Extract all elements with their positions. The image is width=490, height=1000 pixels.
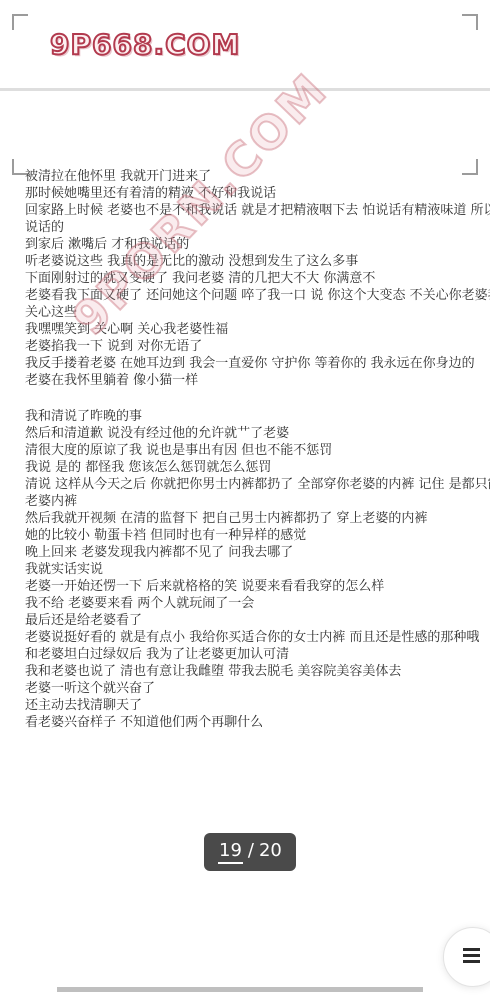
story-line: 我和老婆也说了 清也有意让我雌堕 带我去脱毛 美容院美容美体去 <box>25 663 477 680</box>
story-line: 她的比较小 勒蛋卡裆 但同时也有一种异样的感觉 <box>25 527 477 544</box>
story-line: 然后和清道歉 说没有经过他的允许就艹了老婆 <box>25 425 477 442</box>
story-line: 下面刚射过的就又变硬了 我问老婆 清的几把大不大 你满意不 <box>25 270 477 287</box>
story-line: 到家后 漱嘴后 才和我说话的 <box>25 236 477 253</box>
menu-fab-button[interactable] <box>443 927 490 987</box>
story-line: 和老婆坦白过绿奴后 我为了让老婆更加认可清 <box>25 646 477 663</box>
story-line: 我反手搂着老婆 在她耳边到 我会一直爱你 守护你 等着你的 我永远在你身边的 <box>25 355 477 372</box>
page-separator: / <box>248 840 254 861</box>
story-line: 清很大度的原谅了我 说也是事出有因 但也不能不惩罚 <box>25 442 477 459</box>
page-indicator[interactable]: 19 / 20 <box>204 833 296 871</box>
story-line: 老婆一听这个就兴奋了 <box>25 680 477 697</box>
story-line: 清说 这样从今天之后 你就把你男士内裤都扔了 全部穿你老婆的内裤 记住 是都只能… <box>25 476 477 493</box>
story-line: 最后还是给老婆看了 <box>25 612 477 629</box>
header-divider <box>0 88 490 91</box>
story-line: 我说 是的 都怪我 您该怎么惩罚就怎么惩罚 <box>25 459 477 476</box>
story-line: 老婆说挺好看的 就是有点小 我给你买适合你的女士内裤 而且还是性感的那种哦 <box>25 629 477 646</box>
story-line: 被清拉在他怀里 我就开门进来了 <box>25 168 477 185</box>
story-block: 我和清说了昨晚的事 然后和清道歉 说没有经过他的允许就艹了老婆 清很大度的原谅了… <box>25 408 477 731</box>
page-bottom-edge <box>57 987 423 992</box>
story-line: 看老婆兴奋样子 不知道他们两个再聊什么 <box>25 714 477 731</box>
story-line: 老婆看我下面又硬了 还问她这个问题 啐了我一口 说 你这个大变态 不关心你老婆我… <box>25 287 477 304</box>
story-line: 听老婆说这些 我真的是无比的激动 没想到发生了这么多事 <box>25 253 477 270</box>
story-block: 被清拉在他怀里 我就开门进来了 那时候她嘴里还有着清的精液 不好和我说话 回家路… <box>25 168 477 389</box>
story-line: 老婆掐我一下 说到 对你无语了 <box>25 338 477 355</box>
corner-mark-top-right-icon <box>462 14 478 30</box>
page-total: 20 <box>259 840 282 861</box>
story-line: 回家路上时候 老婆也不是不和我说话 就是才把精液咽下去 怕说话有精液味道 所以才… <box>25 202 477 219</box>
site-logo: 9P668.COM <box>50 28 240 61</box>
story-line: 关心这些 <box>25 304 477 321</box>
hamburger-menu-icon <box>463 948 480 966</box>
story-line: 我嘿嘿笑到 关心啊 关心我老婆性福 <box>25 321 477 338</box>
story-line: 老婆一开始还愣一下 后来就格格的笑 说要来看看我穿的怎么样 <box>25 578 477 595</box>
page-current: 19 <box>218 840 243 864</box>
story-line: 那时候她嘴里还有着清的精液 不好和我说话 <box>25 185 477 202</box>
reader-screen: 9P668.COM 9PORN.COM 被清拉在他怀里 我就开门进来了 那时候她… <box>0 0 490 1000</box>
story-line: 老婆内裤 <box>25 493 477 510</box>
story-line: 我就实话实说 <box>25 561 477 578</box>
story-line: 说话的 <box>25 219 477 236</box>
story-text: 被清拉在他怀里 我就开门进来了 那时候她嘴里还有着清的精液 不好和我说话 回家路… <box>25 168 477 731</box>
story-line: 我不给 老婆要来看 两个人就玩闹了一会 <box>25 595 477 612</box>
story-line: 老婆在我怀里躺着 像小猫一样 <box>25 372 477 389</box>
story-line: 还主动去找清聊天了 <box>25 697 477 714</box>
story-line: 然后我就开视频 在清的监督下 把自己男士内裤都扔了 穿上老婆的内裤 <box>25 510 477 527</box>
corner-mark-top-left-icon <box>12 14 28 30</box>
story-line: 我和清说了昨晚的事 <box>25 408 477 425</box>
story-line: 晚上回来 老婆发现我内裤都不见了 问我去哪了 <box>25 544 477 561</box>
